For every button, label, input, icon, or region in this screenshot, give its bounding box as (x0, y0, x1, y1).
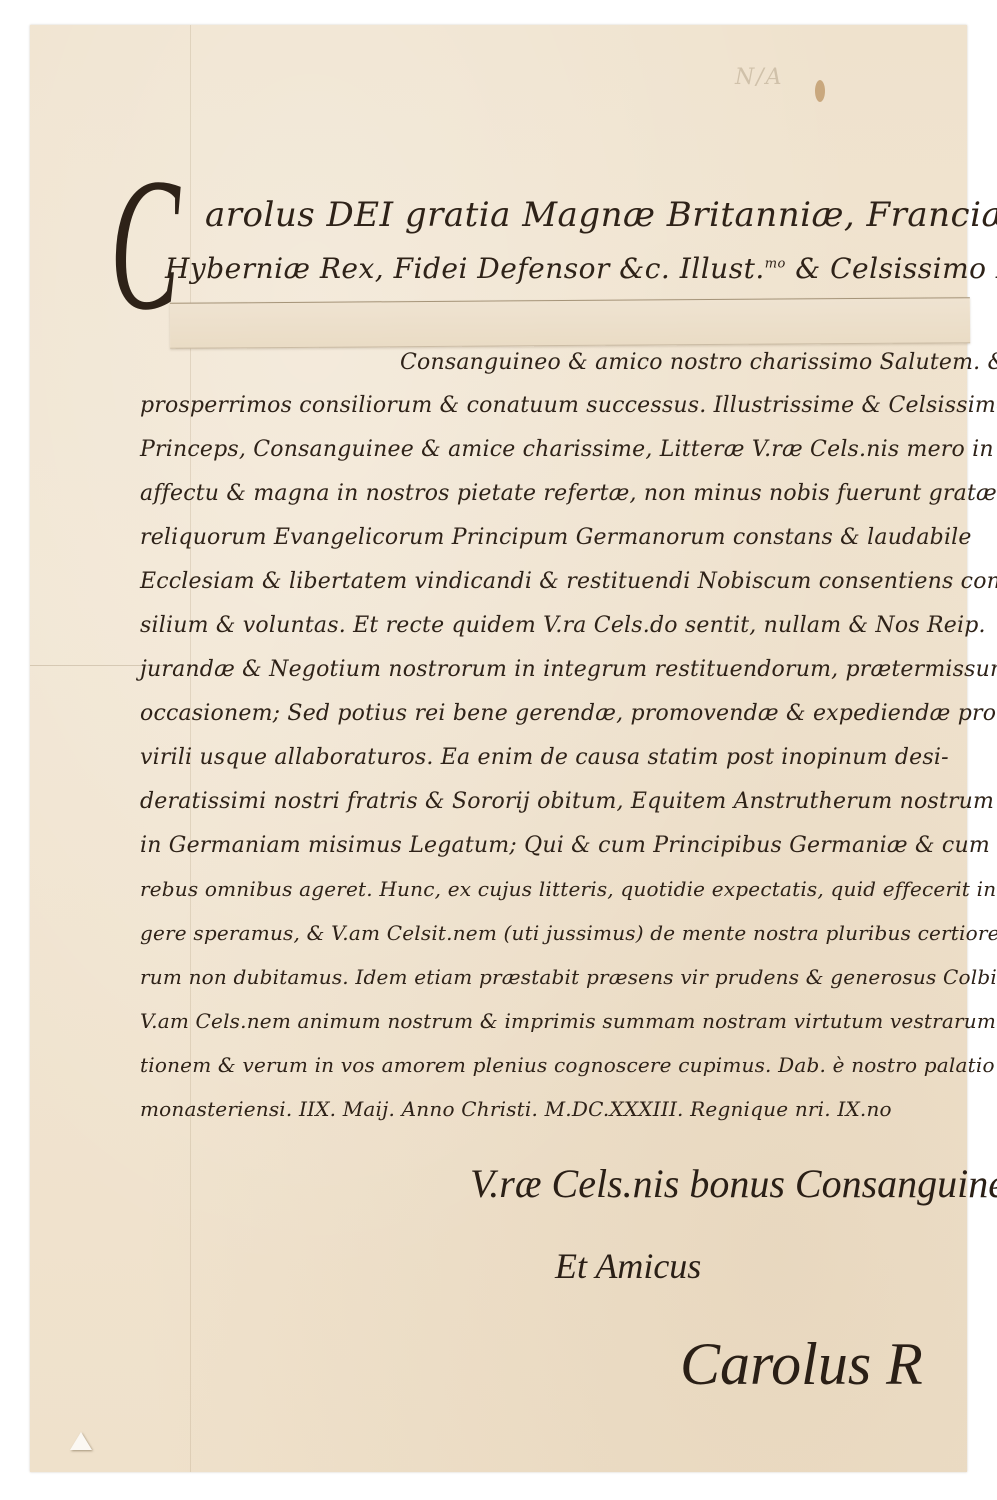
body-line-5: reliquorum Evangelicorum Principum Germa… (140, 525, 972, 550)
signature-carolus-r: Carolus R (680, 1330, 923, 1399)
ink-stain (815, 80, 825, 102)
heading-line-2-rest: & Celsissimo Principi, (795, 252, 997, 285)
body-line-4: affectu & magna in nostros pietate refer… (140, 481, 997, 506)
closing-line-2: Et Amicus (555, 1245, 701, 1287)
body-line-7: silium & voluntas. Et recte quidem V.ra … (140, 613, 986, 638)
closing-line-1: V.ræ Cels.nis bonus Consanguineus (470, 1160, 997, 1207)
body-line-17: tionem & verum in vos amorem plenius cog… (140, 1053, 997, 1077)
heading-line-2-text: Hyberniæ Rex, Fidei Defensor &c. Illust. (165, 252, 765, 285)
heading-line-1: arolus DEI gratia Magnæ Britanniæ, Franc… (205, 195, 997, 235)
body-line-3: Princeps, Consanguinee & amice charissim… (140, 437, 997, 462)
body-line-2: prosperrimos consiliorum & conatuum succ… (140, 393, 997, 418)
body-line-15: rum non dubitamus. Idem etiam præstabit … (140, 965, 997, 989)
faint-pencil-note: N/A (735, 65, 784, 90)
heading-line-2-superscript: mo (765, 257, 786, 272)
body-line-1: Consanguineo & amico nostro charissimo S… (400, 350, 997, 375)
heading-line-2: Hyberniæ Rex, Fidei Defensor &c. Illust.… (165, 252, 997, 285)
body-line-14: gere speramus, & V.am Celsit.nem (uti ju… (140, 921, 997, 945)
body-line-10: virili usque allaboraturos. Ea enim de c… (140, 745, 949, 770)
pasted-paper-slip (170, 297, 970, 349)
body-line-6: Ecclesiam & libertatem vindicandi & rest… (140, 569, 997, 594)
body-line-18: monasteriensi. IIX. Maij. Anno Christi. … (140, 1097, 892, 1121)
body-line-13: rebus omnibus ageret. Hunc, ex cujus lit… (140, 877, 997, 901)
body-line-9: occasionem; Sed potius rei bene gerendæ,… (140, 701, 996, 726)
body-line-8: jurandæ & Negotium nostrorum in integrum… (140, 657, 997, 682)
body-line-11: deratissimi nostri fratris & Sororij obi… (140, 789, 994, 814)
body-line-16: V.am Cels.nem animum nostrum & imprimis … (140, 1009, 997, 1033)
body-line-12: in Germaniam misimus Legatum; Qui & cum … (140, 833, 997, 858)
paper-tear-hole (70, 1432, 92, 1450)
